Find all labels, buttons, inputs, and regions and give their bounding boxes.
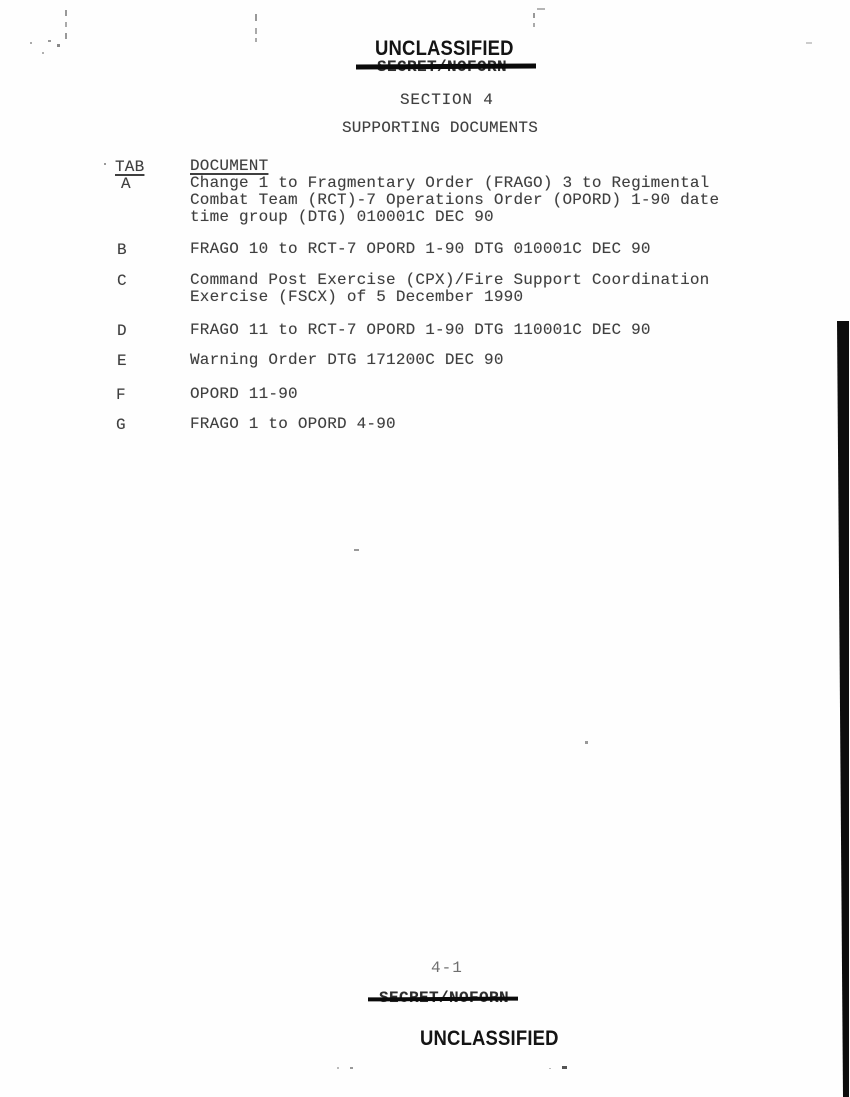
scan-speckle bbox=[549, 1068, 551, 1069]
scan-edge-bar bbox=[835, 321, 850, 1097]
scan-speckle bbox=[255, 14, 257, 21]
scanned-document-page: UNCLASSIFIED SECRET/NOFORN SECTION 4 SUP… bbox=[0, 0, 850, 1097]
scan-speckle bbox=[533, 13, 535, 18]
tab-letter: G bbox=[116, 416, 126, 434]
scan-speckle bbox=[65, 10, 67, 16]
scan-speckle bbox=[350, 1067, 353, 1069]
section-heading: SECTION 4 bbox=[400, 91, 494, 109]
document-description: Change 1 to Fragmentary Order (FRAGO) 3 … bbox=[190, 175, 719, 226]
scan-speckle bbox=[255, 28, 257, 34]
page-number: 4-1 bbox=[431, 959, 463, 977]
scan-speckle bbox=[48, 40, 51, 42]
document-description: FRAGO 1 to OPORD 4-90 bbox=[190, 416, 396, 433]
document-description: Warning Order DTG 171200C DEC 90 bbox=[190, 352, 504, 369]
document-description: Command Post Exercise (CPX)/Fire Support… bbox=[190, 272, 709, 306]
scan-speckle bbox=[806, 42, 812, 44]
document-description: FRAGO 10 to RCT-7 OPORD 1-90 DTG 010001C… bbox=[190, 241, 651, 258]
tab-letter: B bbox=[117, 241, 127, 259]
scan-speckle bbox=[57, 44, 60, 47]
redaction-strike-line-bottom bbox=[368, 997, 518, 1002]
section-subtitle: SUPPORTING DOCUMENTS bbox=[342, 119, 538, 137]
scan-speckle bbox=[65, 33, 67, 39]
scan-speckle bbox=[104, 163, 106, 165]
column-header-document: DOCUMENT bbox=[190, 157, 268, 175]
scan-speckle bbox=[65, 22, 67, 27]
scan-speckle bbox=[255, 38, 257, 42]
scan-speckle bbox=[562, 1066, 567, 1069]
tab-letter: F bbox=[116, 386, 126, 404]
tab-letter: C bbox=[117, 272, 127, 290]
tab-letter: D bbox=[117, 322, 127, 340]
document-description: FRAGO 11 to RCT-7 OPORD 1-90 DTG 110001C… bbox=[190, 322, 651, 339]
document-description: OPORD 11-90 bbox=[190, 386, 298, 403]
scan-speckle bbox=[42, 52, 44, 54]
scan-speckle bbox=[533, 23, 535, 27]
redaction-strike-line-top bbox=[356, 64, 536, 70]
column-header-tab: TAB bbox=[115, 158, 144, 176]
scan-speckle bbox=[354, 549, 359, 551]
unclassified-stamp-bottom: UNCLASSIFIED bbox=[420, 1027, 559, 1051]
scan-speckle bbox=[337, 1067, 339, 1069]
tab-letter: E bbox=[117, 352, 127, 370]
scan-speckle bbox=[585, 741, 588, 744]
tab-letter: A bbox=[121, 175, 131, 193]
scan-speckle bbox=[30, 42, 32, 44]
scan-speckle bbox=[537, 8, 545, 10]
